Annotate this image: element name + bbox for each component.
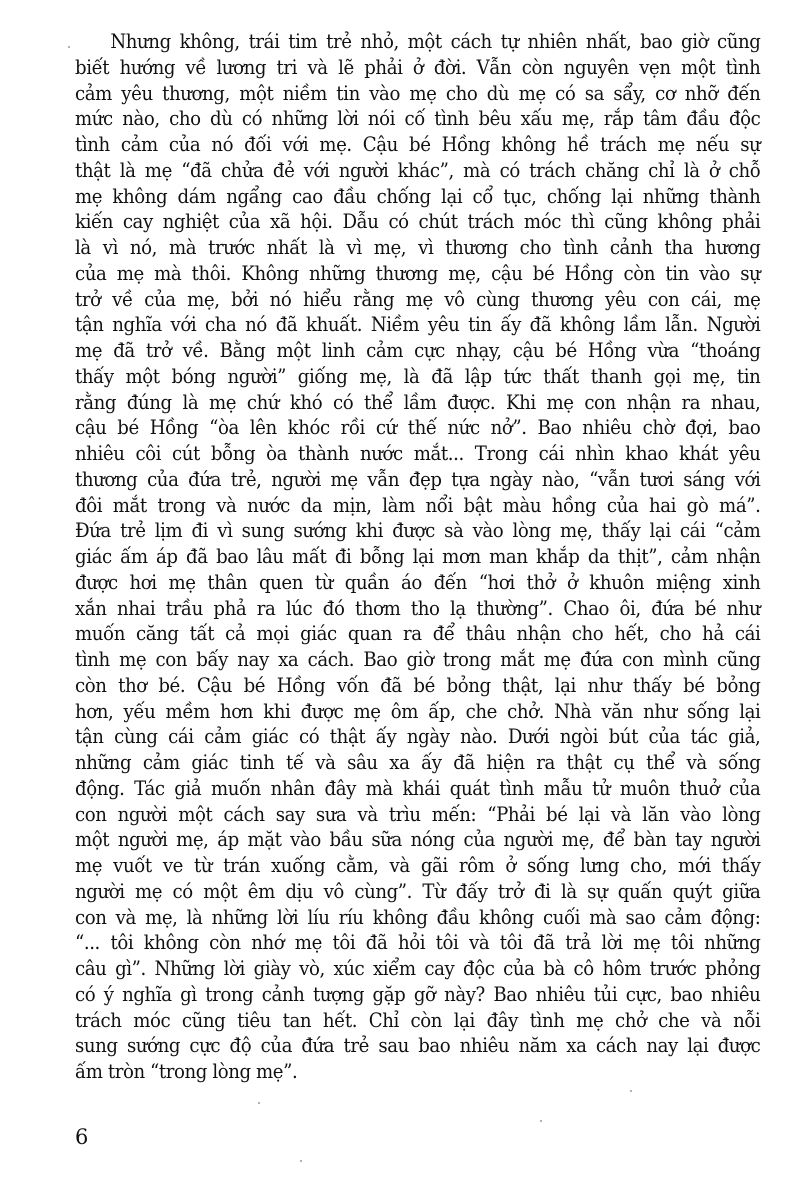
text-line: hơn, yếu mềm hơn khi được mẹ ôm ấp, che … xyxy=(75,699,760,725)
text-line: cảm yêu thương, một niềm tin vào mẹ cho … xyxy=(75,81,760,107)
text-line: con và mẹ, là những lời líu ríu không đầ… xyxy=(75,905,760,931)
text-line: trở về của mẹ, bởi nó hiểu rằng mẹ vô cù… xyxy=(75,287,760,313)
text-line: muốn căng tất cả mọi giác quan ra để thâ… xyxy=(75,621,760,647)
scan-speck xyxy=(540,1120,542,1122)
text-line: mẹ vuốt ve từ trán xuống cằm, và gãi rôm… xyxy=(75,853,760,879)
text-line: sung sướng cực độ của đứa trẻ sau bao nh… xyxy=(75,1033,760,1059)
text-line: Đứa trẻ lịm đi vì sung sướng khi được sà… xyxy=(75,518,760,544)
text-line: những cảm giác tinh tế và sâu xa ấy đã h… xyxy=(75,750,760,776)
text-line: thương của đứa trẻ, người mẹ vẫn đẹp tựa… xyxy=(75,467,760,493)
text-line: tình mẹ con bấy nay xa cách. Bao giờ tro… xyxy=(75,647,760,673)
text-line: tận cùng cái cảm giác có thật ấy ngày nà… xyxy=(75,724,760,750)
scan-speck xyxy=(300,1160,302,1162)
text-line: người mẹ có một êm dịu vô cùng”. Từ đấy … xyxy=(75,879,760,905)
text-line: xắn nhai trầu phả ra lúc đó thơm tho lạ … xyxy=(75,596,760,622)
text-line: giác ấm áp đã bao lâu mất đi bỗng lại mơ… xyxy=(75,544,760,570)
text-line: mẹ đã trở về. Bằng một linh cảm cực nhạy… xyxy=(75,338,760,364)
text-line: đôi mắt trong và nước da mịn, làm nổi bậ… xyxy=(75,493,760,519)
text-line: con người một cách say sưa và trìu mến: … xyxy=(75,802,760,828)
text-line: Nhưng không, trái tim trẻ nhỏ, một cách … xyxy=(75,29,760,55)
text-line: một người mẹ, áp mặt vào bầu sữa nóng củ… xyxy=(75,827,760,853)
text-line: câu gì”. Những lời giày vò, xúc xiểm cay… xyxy=(75,956,760,982)
text-line: “... tôi không còn nhớ mẹ tôi đã hỏi tôi… xyxy=(75,930,760,956)
scan-speck xyxy=(258,1102,260,1104)
text-line: tận nghĩa với cha nó đã khuất. Niềm yêu … xyxy=(75,312,760,338)
text-line: của mẹ mà thôi. Không những thương mẹ, c… xyxy=(75,261,760,287)
text-line: rằng đúng là mẹ chứ khó có thể lầm được.… xyxy=(75,390,760,416)
text-line: còn thơ bé. Cậu bé Hồng vốn đã bé bỏng t… xyxy=(75,673,760,699)
body-paragraph: Nhưng không, trái tim trẻ nhỏ, một cách … xyxy=(75,29,761,1085)
text-line: kiến cay nghiệt của xã hội. Dẫu có chút … xyxy=(75,209,760,235)
text-line: động. Tác giả muốn nhân đây mà khái quát… xyxy=(75,776,760,802)
book-page: Nhưng không, trái tim trẻ nhỏ, một cách … xyxy=(0,0,800,1199)
text-line: thật là mẹ “đã chửa đẻ với người khác”, … xyxy=(75,158,760,184)
text-line: mức nào, cho dù có những lời nói cố tình… xyxy=(75,106,760,132)
text-line: trách móc cũng tiêu tan hết. Chỉ còn lại… xyxy=(75,1008,760,1034)
text-line: tình cảm của nó đối với mẹ. Cậu bé Hồng … xyxy=(75,132,760,158)
text-line: được hơi mẹ thân quen từ quần áo đến “hơ… xyxy=(75,570,760,596)
text-line: là vì nó, mà trước nhất là vì mẹ, vì thư… xyxy=(75,235,760,261)
text-line: cậu bé Hồng “òa lên khóc rồi cứ thế nức … xyxy=(75,415,760,441)
text-line: biết hướng về lương tri và lẽ phải ở đời… xyxy=(75,55,760,81)
text-line: thấy một bóng người” giống mẹ, là đã lập… xyxy=(75,364,760,390)
scan-speck xyxy=(68,46,70,48)
text-line-last: ấm tròn “trong lòng mẹ”. xyxy=(75,1059,760,1085)
text-line: mẹ không dám ngẩng cao đầu chống lại cổ … xyxy=(75,184,760,210)
scan-speck xyxy=(630,1090,632,1092)
text-line: nhiêu côi cút bỗng òa thành nước mắt... … xyxy=(75,441,760,467)
text-line: có ý nghĩa gì trong cảnh tượng gặp gỡ nà… xyxy=(75,982,760,1008)
page-number: 6 xyxy=(75,1124,88,1150)
